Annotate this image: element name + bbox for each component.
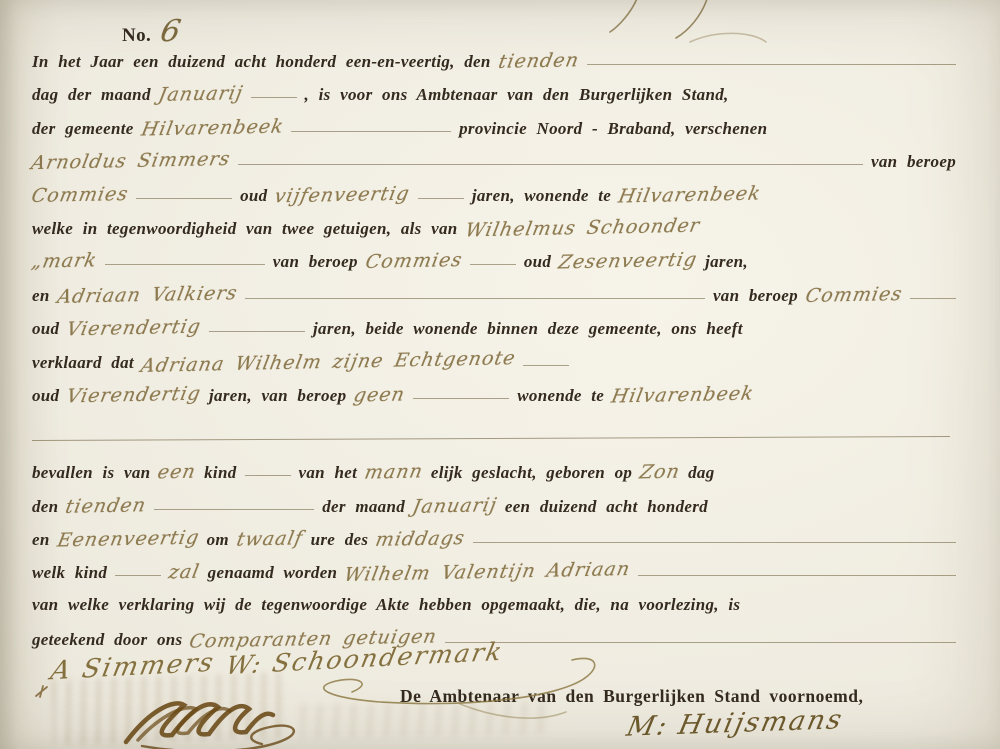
printed-text: bevallen is van xyxy=(32,463,150,483)
document-line: enAdriaan Valkiersvan beroepCommies xyxy=(32,284,956,317)
handwritten-text: Wilhelmus Schoonder xyxy=(463,215,702,242)
printed-text: van welke verklaring wij de tegenwoordig… xyxy=(32,595,740,615)
printed-text: wonende te xyxy=(517,386,604,406)
document-line: enEenenveertigomtwaalfure desmiddags xyxy=(32,528,956,561)
handwritten-text: Hilvarenbeek xyxy=(610,382,756,407)
ink-rule xyxy=(418,196,464,199)
ink-rule xyxy=(470,262,516,265)
printed-text: ure des xyxy=(311,530,369,550)
document-line: Commiesoudvijfenveertigjaren, wonende te… xyxy=(32,184,956,217)
handwritten-text: Arnoldus Simmers xyxy=(29,148,232,174)
ink-rule xyxy=(136,196,232,199)
ink-rule xyxy=(238,162,863,165)
printed-text: dag xyxy=(688,463,714,483)
handwritten-text: vijfenveertig xyxy=(273,182,412,207)
printed-text: provincie Noord - Braband, verschenen xyxy=(459,119,767,139)
printed-text: van beroep xyxy=(713,286,798,306)
ink-rule xyxy=(473,540,956,543)
top-edge-pen-strokes xyxy=(610,0,766,42)
printed-text: oud xyxy=(32,386,59,406)
printed-text: dag der maand xyxy=(32,85,151,105)
record-number-label: No. xyxy=(122,25,151,47)
ink-rule xyxy=(523,363,569,366)
document-line: dentiendender maandJanuarijeen duizend a… xyxy=(32,495,956,528)
printed-text: oud xyxy=(32,319,59,339)
section-divider xyxy=(32,417,956,461)
printed-text: welk kind xyxy=(32,563,107,583)
document-line: welk kindzalgenaamd wordenWilhelm Valent… xyxy=(32,561,956,594)
section-divider-line xyxy=(32,436,950,441)
printed-text: genaamd worden xyxy=(208,563,338,583)
akte-lines: In het Jaar een duizend acht honderd een… xyxy=(32,50,956,662)
ink-rule xyxy=(245,296,705,299)
printed-text: der gemeente xyxy=(32,119,134,139)
handwritten-text: zal xyxy=(167,561,202,584)
printed-text: oud xyxy=(524,252,551,272)
document-line: verklaard datAdriana Wilhelm zijne Echtg… xyxy=(32,351,956,384)
document-line: bevallen is vaneenkindvan hetmannelijk g… xyxy=(32,461,956,494)
ink-rule xyxy=(251,95,297,98)
handwritten-text: mann xyxy=(363,461,425,484)
handwritten-text: Zesenveertig xyxy=(557,249,700,274)
printed-text: In het Jaar een duizend acht honderd een… xyxy=(32,52,491,72)
handwritten-text: twaalf xyxy=(235,527,305,550)
printed-text: om xyxy=(207,530,229,550)
printed-text: jaren, van beroep xyxy=(209,386,346,406)
printed-text: en xyxy=(32,530,50,550)
officiant-title-line: De Ambtenaar van den Burgerlijken Stand … xyxy=(400,686,863,707)
illegible-signature-scribble xyxy=(36,686,294,749)
ink-rule xyxy=(413,396,509,399)
printed-text: een duizend acht honderd xyxy=(505,497,708,517)
document-line: dag der maandJanuarij, is voor ons Ambte… xyxy=(32,83,956,116)
printed-text: den xyxy=(32,497,58,517)
handwritten-text: Adriaan Valkiers xyxy=(55,282,239,308)
handwritten-text: Adriana Wilhelm zijne Echtgenote xyxy=(139,347,518,377)
handwritten-text: tienden xyxy=(496,49,580,73)
document-line: welke in tegenwoordigheid van twee getui… xyxy=(32,217,956,250)
handwritten-text: geen xyxy=(352,383,407,406)
handwritten-text: Zon xyxy=(638,461,682,484)
record-number-value: 6 xyxy=(158,14,185,49)
ink-rule xyxy=(291,129,451,132)
printed-text: jaren, xyxy=(705,252,748,272)
printed-text: verklaard dat xyxy=(32,353,134,373)
handwritten-text: Hilvarenbeek xyxy=(617,182,763,207)
handwritten-text: Commies xyxy=(804,283,905,307)
ink-rule xyxy=(105,262,265,265)
ink-rule xyxy=(638,573,956,576)
ink-rule xyxy=(245,473,291,476)
printed-text: , is voor ons Ambtenaar van den Burgerli… xyxy=(305,85,729,105)
document-line: van welke verklaring wij de tegenwoordig… xyxy=(32,595,956,628)
printed-text: en xyxy=(32,286,50,306)
printed-text: elijk geslacht, geboren op xyxy=(431,463,632,483)
printed-text: kind xyxy=(204,463,236,483)
document-line: der gemeenteHilvarenbeekprovincie Noord … xyxy=(32,117,956,150)
handwritten-text: Eenenveertig xyxy=(55,527,201,552)
printed-text: van beroep xyxy=(871,152,956,172)
handwritten-text: tienden xyxy=(64,494,148,518)
document-line: In het Jaar een duizend acht honderd een… xyxy=(32,50,956,83)
handwritten-text: middags xyxy=(374,527,467,551)
printed-text: jaren, beide wonende binnen deze gemeent… xyxy=(313,319,743,339)
ink-rule xyxy=(910,296,956,299)
document-line: „markvan beroepCommiesoudZesenveertigjar… xyxy=(32,250,956,283)
ink-rule xyxy=(587,62,956,65)
handwritten-text: Januarij xyxy=(411,494,499,518)
handwritten-text: Commies xyxy=(30,183,131,207)
ink-rule xyxy=(115,573,161,576)
ink-rule xyxy=(445,640,956,643)
handwritten-text: Wilhelm Valentijn Adriaan xyxy=(343,558,633,586)
handwritten-text: Vierendertig xyxy=(65,383,203,408)
ink-rule xyxy=(154,507,314,510)
signature-registrar: M: Huijsmans xyxy=(624,704,846,742)
printed-text: van het xyxy=(299,463,358,483)
printed-text: jaren, wonende te xyxy=(472,186,611,206)
handwritten-text: Hilvarenbeek xyxy=(139,115,285,140)
birth-record-scan: No. 6 In het Jaar een duizend acht honde… xyxy=(0,0,1000,749)
handwritten-text: „mark xyxy=(30,250,99,273)
printed-text: der maand xyxy=(322,497,405,517)
printed-text: oud xyxy=(240,186,267,206)
printed-text: welke in tegenwoordigheid van twee getui… xyxy=(32,219,458,239)
record-number: No. 6 xyxy=(122,14,181,49)
document-line: oudVierendertigjaren, van beroepgeenwone… xyxy=(32,384,956,417)
handwritten-text: Commies xyxy=(363,249,464,273)
handwritten-text: een xyxy=(156,461,198,484)
document-line: Arnoldus Simmersvan beroep xyxy=(32,150,956,183)
printed-text: geteekend door ons xyxy=(32,630,182,650)
document-line: oudVierendertigjaren, beide wonende binn… xyxy=(32,317,956,350)
printed-text: van beroep xyxy=(273,252,358,272)
handwritten-text: Januarij xyxy=(156,83,244,107)
handwritten-text: Vierendertig xyxy=(65,316,203,341)
ink-rule xyxy=(209,329,305,332)
